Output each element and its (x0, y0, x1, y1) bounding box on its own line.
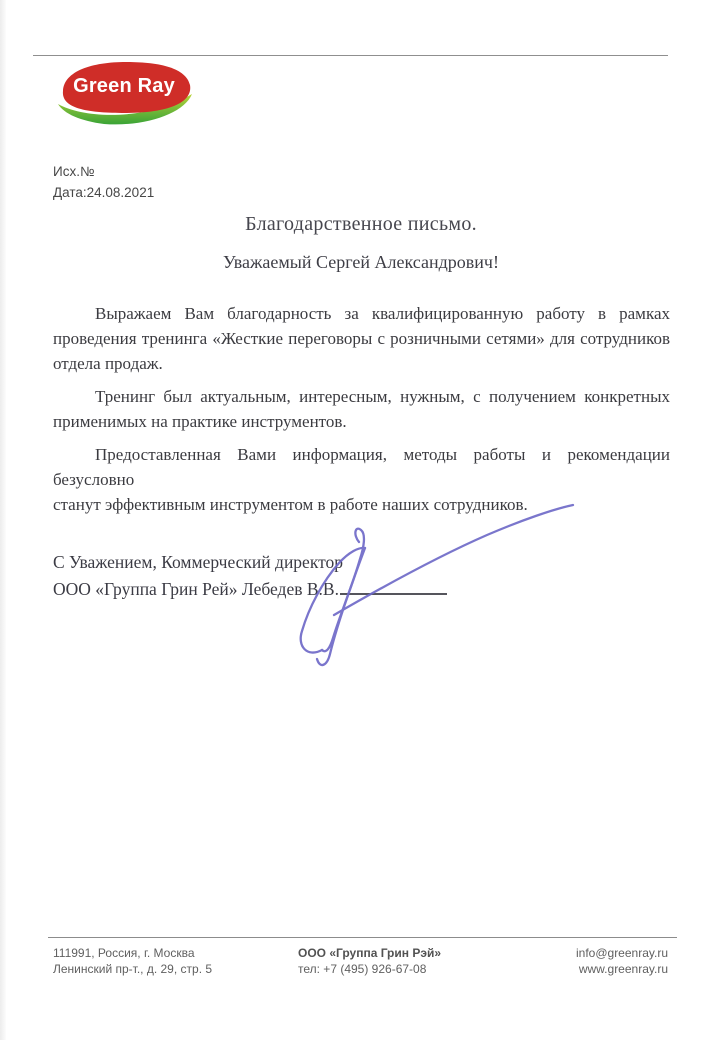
outgoing-number-label: Исх.№ (53, 161, 154, 182)
paragraph-line: отдела продаж. (53, 351, 670, 376)
footer-company-name: ООО «Группа Грин Рэй» (298, 945, 441, 961)
footer-address-line1: 111991, Россия, г. Москва (53, 945, 212, 961)
green-ray-logo: Green Ray ® (56, 60, 198, 132)
letter-body: Выражаем Вам благодарность за квалифицир… (53, 301, 670, 525)
letter-date: Дата:24.08.2021 (53, 182, 154, 203)
logo-brand-text: Green Ray (56, 60, 192, 112)
greeting-line: Уважаемый Сергей Александрович! (53, 252, 669, 273)
registered-trademark-icon: ® (188, 66, 195, 76)
paragraph-line: Выражаем Вам благодарность за квалифицир… (53, 301, 670, 326)
footer-phone: тел: +7 (495) 926-67-08 (298, 961, 441, 977)
header-rule (33, 55, 668, 56)
handwritten-signature (292, 497, 582, 669)
footer-contacts: info@greenray.ru www.greenray.ru (540, 945, 668, 977)
letter-title: Благодарственное письмо. (53, 213, 669, 236)
footer-rule (48, 937, 677, 938)
paragraph-line: Предоставленная Вами информация, методы … (53, 442, 670, 492)
ref-block: Исх.№ Дата:24.08.2021 (53, 161, 154, 203)
footer-company-block: ООО «Группа Грин Рэй» тел: +7 (495) 926-… (298, 945, 441, 977)
paragraph-line: проведения тренинга «Жесткие переговоры … (53, 326, 670, 351)
paragraph-2: Тренинг был актуальным, интересным, нужн… (53, 384, 670, 434)
scan-edge-artifact (0, 0, 6, 1040)
footer-address: 111991, Россия, г. Москва Ленинский пр-т… (53, 945, 212, 977)
letter-page: Green Ray ® Исх.№ Дата:24.08.2021 Благод… (0, 0, 720, 1040)
paragraph-1: Выражаем Вам благодарность за квалифицир… (53, 301, 670, 376)
signature-sweep-stroke (334, 505, 573, 615)
paragraph-line: применимых на практике инструментов. (53, 409, 670, 434)
signature-hook-stroke (322, 529, 364, 652)
signature-cross-stroke (317, 548, 365, 665)
footer-website: www.greenray.ru (540, 961, 668, 977)
paragraph-line: Тренинг был актуальным, интересным, нужн… (53, 384, 670, 409)
footer-email: info@greenray.ru (540, 945, 668, 961)
footer-address-line2: Ленинский пр-т., д. 29, стр. 5 (53, 961, 212, 977)
